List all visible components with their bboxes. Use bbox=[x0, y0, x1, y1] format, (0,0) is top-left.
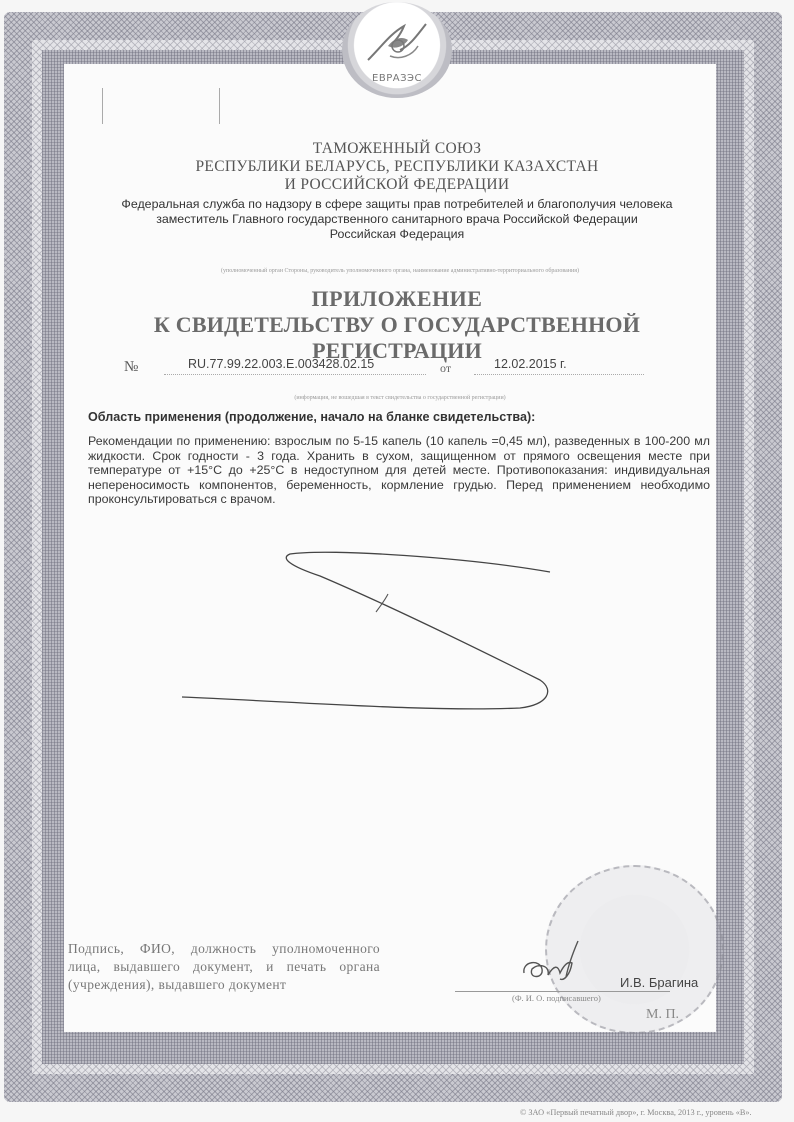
printer-footer: © ЗАО «Первый печатный двор», г. Москва,… bbox=[520, 1108, 752, 1117]
signature-underline bbox=[455, 991, 670, 992]
handwritten-signature bbox=[520, 935, 600, 985]
signature-caption: Подпись, ФИО, должность уполномоченного … bbox=[68, 940, 380, 994]
signatory-name-caption: (Ф. И. О. подписавшего) bbox=[512, 993, 601, 1003]
seal-label: М. П. bbox=[646, 1007, 679, 1023]
signatory-name: И.В. Брагина bbox=[620, 975, 698, 990]
